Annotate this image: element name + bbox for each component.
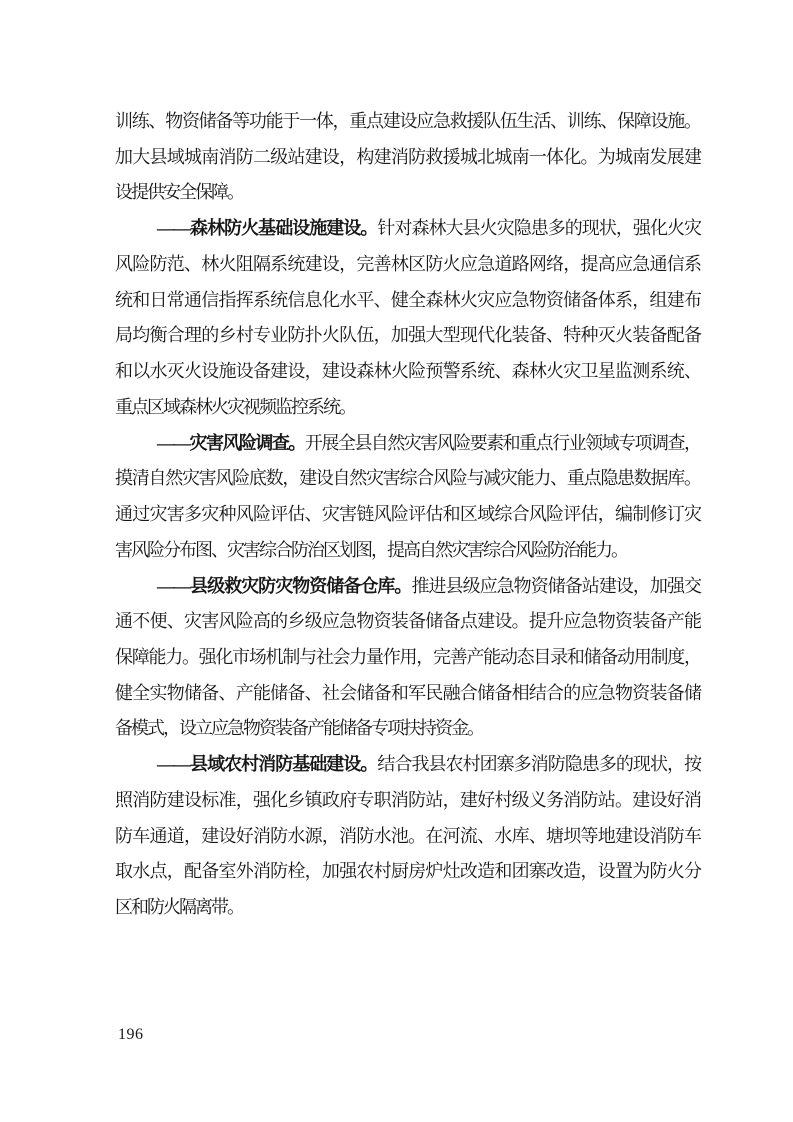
text-line: 区和防火隔离带。	[115, 890, 700, 926]
paragraph-lead-disaster-risk-survey: ——灾害风险调查。	[157, 433, 305, 453]
text-line: 备模式，设立应急物资装备产能储备专项扶持资金。	[115, 711, 700, 747]
text-line: 取水点，配备室外消防栓，加强农村厨房炉灶改造和团寨改造，设置为防火分	[115, 854, 700, 890]
line-text: 摸清自然灾害风险底数，建设自然灾害综合风险与减灾能力、重点隐患数据库。	[115, 468, 700, 488]
text-line: 防车通道，建设好消防水源，消防水池。在河流、水库、塘坝等地建设消防车	[115, 819, 700, 855]
text-line: 设提供安全保障。	[115, 175, 700, 211]
line-text: 重点区域森林火灾视频监控系统。	[115, 397, 355, 417]
text-line: ——森林防火基础设施建设。针对森林大县火灾隐患多的现状，强化火灾	[115, 211, 700, 247]
line-text: 针对森林大县火灾隐患多的现状，强化火灾	[377, 218, 700, 238]
text-line: 加大县域城南消防二级站建设，构建消防救援城北城南一体化。为城南发展建	[115, 140, 700, 176]
line-text: 推进县级应急物资储备站建设，加强交	[411, 576, 700, 596]
text-line: ——县级救灾防灾物资储备仓库。推进县级应急物资储备站建设，加强交	[115, 569, 700, 605]
paragraph-lead-rural-fire-infrastructure: ——县域农村消防基础建设。	[157, 754, 377, 774]
text-line: 照消防建设标准，强化乡镇政府专职消防站，建好村级义务消防站。建设好消	[115, 783, 700, 819]
line-text: 健全实物储备、产能储备、社会储备和军民融合储备相结合的应急物资装备储	[115, 683, 700, 703]
text-line: ——灾害风险调查。开展全县自然灾害风险要素和重点行业领域专项调查，	[115, 426, 700, 462]
line-text: 加大县域城南消防二级站建设，构建消防救援城北城南一体化。为城南发展建	[115, 147, 700, 167]
body-text-block: 训练、物资储备等功能于一体，重点建设应急救援队伍生活、训练、保障设施。 加大县域…	[115, 104, 700, 926]
line-text: 设提供安全保障。	[115, 182, 243, 202]
line-text: 通不便、灾害风险高的乡级应急物资装备储备点建设。提升应急物资装备产能	[115, 611, 700, 631]
line-text: 备模式，设立应急物资装备产能储备专项扶持资金。	[115, 718, 483, 738]
line-text: 区和防火隔离带。	[115, 897, 243, 917]
text-line: 摸清自然灾害风险底数，建设自然灾害综合风险与减灾能力、重点隐患数据库。	[115, 461, 700, 497]
line-text: 保障能力。强化市场机制与社会力量作用，完善产能动态目录和储备动用制度，	[115, 647, 700, 667]
text-line: 风险防范、林火阻隔系统建设，完善林区防火应急道路网络，提高应急通信系	[115, 247, 700, 283]
line-text: 和以水灭火设施设备建设，建设森林火险预警系统、森林火灾卫星监测系统、	[115, 361, 700, 381]
line-text: 取水点，配备室外消防栓，加强农村厨房炉灶改造和团寨改造，设置为防火分	[115, 861, 700, 881]
page-number: 196	[118, 1024, 144, 1046]
text-line: 通过灾害多灾种风险评估、灾害链风险评估和区域综合风险评估，编制修订灾	[115, 497, 700, 533]
text-line: 通不便、灾害风险高的乡级应急物资装备储备点建设。提升应急物资装备产能	[115, 604, 700, 640]
line-text: 通过灾害多灾种风险评估、灾害链风险评估和区域综合风险评估，编制修订灾	[115, 504, 700, 524]
text-line: 害风险分布图、灾害综合防治区划图，提高自然灾害综合风险防治能力。	[115, 533, 700, 569]
line-text: 照消防建设标准，强化乡镇政府专职消防站，建好村级义务消防站。建设好消	[115, 790, 700, 810]
line-text: 防车通道，建设好消防水源，消防水池。在河流、水库、塘坝等地建设消防车	[115, 826, 700, 846]
line-text: 开展全县自然灾害风险要素和重点行业领域专项调查，	[305, 433, 700, 453]
line-text: 统和日常通信指挥系统信息化水平、健全森林火灾应急物资储备体系，组建布	[115, 290, 700, 310]
paragraph-lead-forest-fire: ——森林防火基础设施建设。	[157, 218, 377, 238]
text-line: 训练、物资储备等功能于一体，重点建设应急救援队伍生活、训练、保障设施。	[115, 104, 700, 140]
text-line: 重点区域森林火灾视频监控系统。	[115, 390, 700, 426]
line-text: 训练、物资储备等功能于一体，重点建设应急救援队伍生活、训练、保障设施。	[115, 111, 700, 131]
text-line: 统和日常通信指挥系统信息化水平、健全森林火灾应急物资储备体系，组建布	[115, 283, 700, 319]
text-line: 健全实物储备、产能储备、社会储备和军民融合储备相结合的应急物资装备储	[115, 676, 700, 712]
document-page: 训练、物资储备等功能于一体，重点建设应急救援队伍生活、训练、保障设施。 加大县域…	[0, 0, 793, 1122]
text-line: 保障能力。强化市场机制与社会力量作用，完善产能动态目录和储备动用制度，	[115, 640, 700, 676]
line-text: 结合我县农村团寨多消防隐患多的现状，按	[377, 754, 700, 774]
text-line: 和以水灭火设施设备建设，建设森林火险预警系统、森林火灾卫星监测系统、	[115, 354, 700, 390]
text-line: ——县域农村消防基础建设。结合我县农村团寨多消防隐患多的现状，按	[115, 747, 700, 783]
line-text: 局均衡合理的乡村专业防扑火队伍，加强大型现代化装备、特种灭火装备配备	[115, 325, 700, 345]
line-text: 害风险分布图、灾害综合防治区划图，提高自然灾害综合风险防治能力。	[115, 540, 627, 560]
paragraph-lead-county-relief-warehouse: ——县级救灾防灾物资储备仓库。	[157, 576, 411, 596]
line-text: 风险防范、林火阻隔系统建设，完善林区防火应急道路网络，提高应急通信系	[115, 254, 700, 274]
text-line: 局均衡合理的乡村专业防扑火队伍，加强大型现代化装备、特种灭火装备配备	[115, 318, 700, 354]
